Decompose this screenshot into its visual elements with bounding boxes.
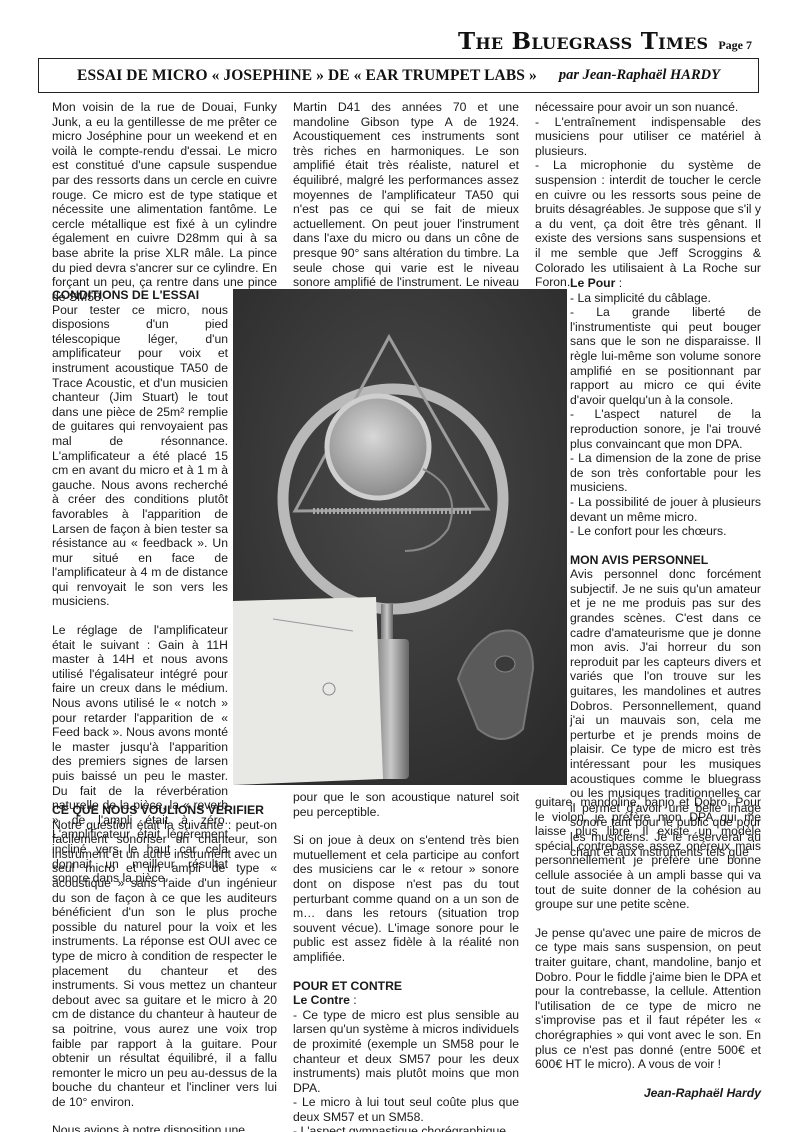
contre-continued-item: - La microphonie du système de suspensio… xyxy=(535,158,761,289)
column-2-bottom: pour que le son acoustique naturel soit … xyxy=(293,790,519,1132)
contre-item: - Le micro à lui tout seul coûte plus qu… xyxy=(293,1095,519,1124)
contre-item: - L'aspect gymnastique chorégraphique xyxy=(293,1124,519,1132)
signature: Jean-Raphaël Hardy xyxy=(535,1086,761,1101)
article-byline: par Jean-Raphaël HARDY xyxy=(559,67,720,84)
instruments-paragraph: Martin D41 des années 70 et une mandolin… xyxy=(293,100,519,304)
column-3-top: nécessaire pour avoir un son nuancé. - L… xyxy=(535,100,761,290)
contre-item: - Ce type de micro est plus sensible au … xyxy=(293,1008,519,1096)
pour-item: - La dimension de la zone de prise de so… xyxy=(570,451,761,495)
pour-contre-heading: POUR ET CONTRE xyxy=(293,979,519,994)
pour-item: - La possibilité de jouer à plusieurs de… xyxy=(570,495,761,524)
after-photo-paragraph: pour que le son acoustique naturel soit … xyxy=(293,790,519,819)
verifier-heading: CE QUE NOUS VOULIONS VERIFIER xyxy=(52,803,277,818)
deux-paragraph: Si on joue à deux on s'entend très bien … xyxy=(293,833,519,964)
column-2-top: Martin D41 des années 70 et une mandolin… xyxy=(293,100,519,304)
column-1-bottom: CE QUE NOUS VOULIONS VERIFIER Notre ques… xyxy=(52,803,277,1132)
conclusion-paragraph: Je pense qu'avec une paire de micros de … xyxy=(535,926,761,1072)
microphone-photo xyxy=(233,289,567,785)
column-3-middle: Le Pour : - La simplicité du câblage. - … xyxy=(570,276,761,859)
intro-paragraph: Mon voisin de la rue de Douai, Funky Jun… xyxy=(52,100,277,304)
column-1-top: Mon voisin de la rue de Douai, Funky Jun… xyxy=(52,100,277,304)
pour-label: Le Pour xyxy=(570,276,615,290)
column-3-bottom: guitare, mandoline, banjo et Dobro. Pour… xyxy=(535,795,761,1100)
pour-item: - La simplicité du câblage. xyxy=(570,291,761,306)
page-number: Page 7 xyxy=(718,38,752,53)
pour-item: - La grande liberté de l'instrumentiste … xyxy=(570,305,761,407)
disposition-paragraph: Nous avions à notre disposition une xyxy=(52,1123,277,1132)
microphone-illustration xyxy=(233,289,567,785)
pour-item: - Le confort pour les chœurs. xyxy=(570,524,761,539)
contre-continued-item: nécessaire pour avoir un son nuancé. xyxy=(535,100,761,115)
contre-continued-item: - L'entraînement indispensable des music… xyxy=(535,115,761,159)
publication-title: The Bluegrass Times xyxy=(458,28,708,55)
article-title-box: ESSAI DE MICRO « JOSEPHINE » DE « EAR TR… xyxy=(38,58,759,93)
verifier-paragraph: Notre question était la suivante : peut-… xyxy=(52,818,277,1110)
pour-item: - L'aspect naturel de la reproduction so… xyxy=(570,407,761,451)
contre-label: Le Contre xyxy=(293,993,350,1007)
avis-heading: MON AVIS PERSONNEL xyxy=(570,553,761,568)
masthead: The Bluegrass Times Page 7 xyxy=(458,28,752,55)
conditions-heading: CONDITIONS DE L'ESSAI xyxy=(52,288,228,303)
article-title: ESSAI DE MICRO « JOSEPHINE » DE « EAR TR… xyxy=(77,67,537,85)
column-1-middle: CONDITIONS DE L'ESSAI Pour tester ce mic… xyxy=(52,288,228,886)
avis-paragraph-wide: guitare, mandoline, banjo et Dobro. Pour… xyxy=(535,795,761,912)
conditions-paragraph: Pour tester ce micro, nous disposions d'… xyxy=(52,303,228,609)
